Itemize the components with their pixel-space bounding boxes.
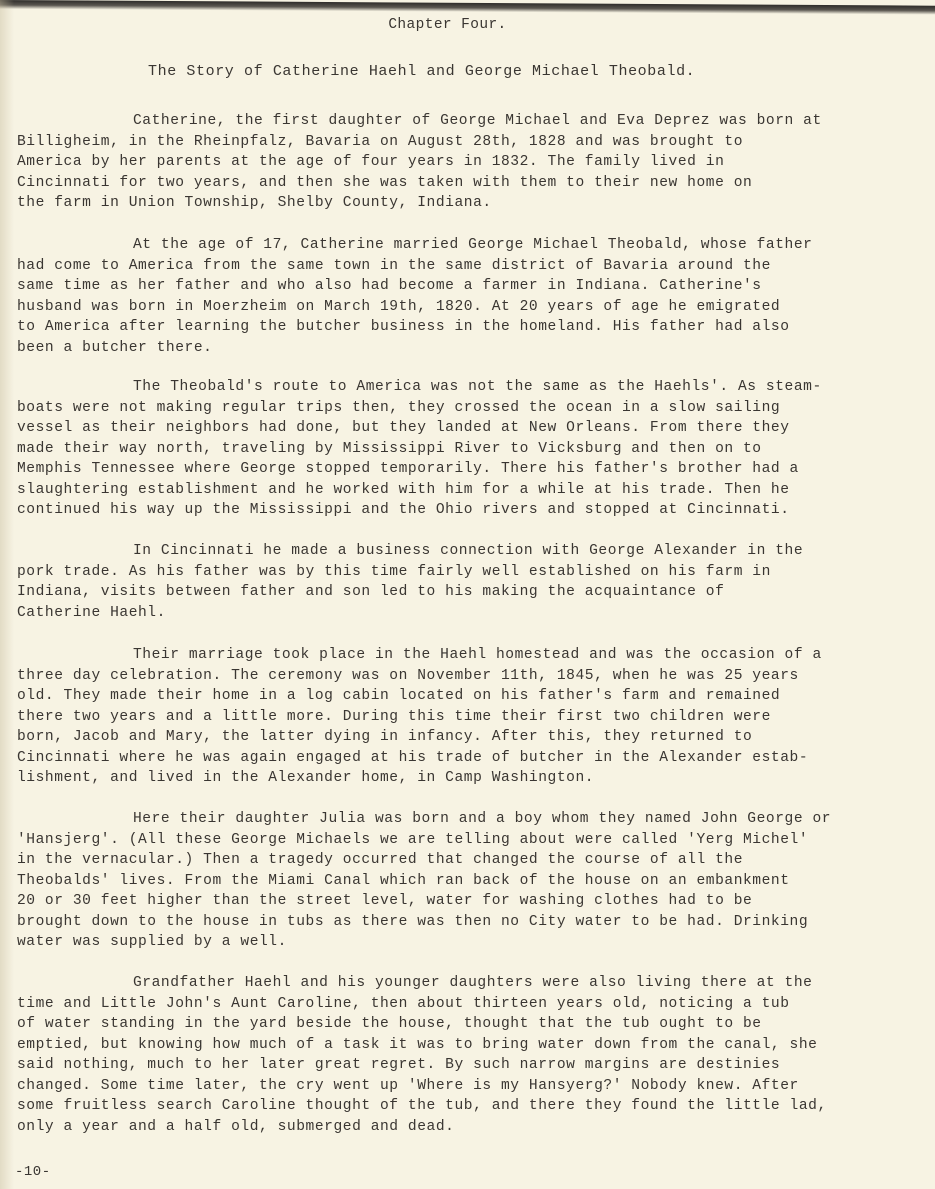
text-line: Here their daughter Julia was born and a… (17, 809, 917, 830)
text-line: Theobalds' lives. From the Miami Canal w… (17, 871, 917, 892)
text-line: pork trade. As his father was by this ti… (17, 562, 917, 583)
text-line: Their marriage took place in the Haehl h… (17, 645, 917, 666)
text-line: said nothing, much to her later great re… (17, 1055, 917, 1076)
paragraph: The Theobald's route to America was not … (17, 377, 917, 521)
page-top-edge-shadow (0, 0, 935, 15)
text-line: Billigheim, in the Rheinpfalz, Bavaria o… (17, 132, 917, 153)
text-line: some fruitless search Caroline thought o… (17, 1096, 917, 1117)
text-line: made their way north, traveling by Missi… (17, 439, 917, 460)
text-line: husband was born in Moerzheim on March 1… (17, 297, 917, 318)
text-line: had come to America from the same town i… (17, 256, 917, 277)
text-line: America by her parents at the age of fou… (17, 152, 917, 173)
text-line: in the vernacular.) Then a tragedy occur… (17, 850, 917, 871)
text-line: to America after learning the butcher bu… (17, 317, 917, 338)
text-line: Cincinnati where he was again engaged at… (17, 748, 917, 769)
paragraph: Here their daughter Julia was born and a… (17, 809, 917, 953)
page-number: -10- (15, 1164, 51, 1180)
text-line: lishment, and lived in the Alexander hom… (17, 768, 917, 789)
text-line: the farm in Union Township, Shelby Count… (17, 193, 917, 214)
paragraph: Grandfather Haehl and his younger daught… (17, 973, 917, 1137)
text-line: old. They made their home in a log cabin… (17, 686, 917, 707)
paragraph: Catherine, the first daughter of George … (17, 111, 917, 214)
text-line: time and Little John's Aunt Caroline, th… (17, 994, 917, 1015)
text-line: Catherine Haehl. (17, 603, 917, 624)
text-line: of water standing in the yard beside the… (17, 1014, 917, 1035)
text-line: At the age of 17, Catherine married Geor… (17, 235, 917, 256)
text-line: Grandfather Haehl and his younger daught… (17, 973, 917, 994)
text-line: there two years and a little more. Durin… (17, 707, 917, 728)
text-line: vessel as their neighbors had done, but … (17, 418, 917, 439)
text-line: 20 or 30 feet higher than the street lev… (17, 891, 917, 912)
chapter-heading: Chapter Four. (0, 17, 895, 33)
text-line: changed. Some time later, the cry went u… (17, 1076, 917, 1097)
text-line: Memphis Tennessee where George stopped t… (17, 459, 917, 480)
paragraph: At the age of 17, Catherine married Geor… (17, 235, 917, 358)
paragraph: In Cincinnati he made a business connect… (17, 541, 917, 623)
text-line: brought down to the house in tubs as the… (17, 912, 917, 933)
text-line: been a butcher there. (17, 338, 917, 359)
text-line: only a year and a half old, submerged an… (17, 1117, 917, 1138)
text-line: same time as her father and who also had… (17, 276, 917, 297)
text-line: Cincinnati for two years, and then she w… (17, 173, 917, 194)
text-line: Indiana, visits between father and son l… (17, 582, 917, 603)
text-line: slaughtering establishment and he worked… (17, 480, 917, 501)
text-line: 'Hansjerg'. (All these George Michaels w… (17, 830, 917, 851)
text-line: water was supplied by a well. (17, 932, 917, 953)
text-line: born, Jacob and Mary, the latter dying i… (17, 727, 917, 748)
text-line: Catherine, the first daughter of George … (17, 111, 917, 132)
text-line: boats were not making regular trips then… (17, 398, 917, 419)
text-line: The Theobald's route to America was not … (17, 377, 917, 398)
text-line: emptied, but knowing how much of a task … (17, 1035, 917, 1056)
text-line: three day celebration. The ceremony was … (17, 666, 917, 687)
text-line: In Cincinnati he made a business connect… (17, 541, 917, 562)
paragraph: Their marriage took place in the Haehl h… (17, 645, 917, 789)
story-title: The Story of Catherine Haehl and George … (148, 63, 695, 80)
page-left-edge-shade (0, 0, 14, 1189)
text-line: continued his way up the Mississippi and… (17, 500, 917, 521)
